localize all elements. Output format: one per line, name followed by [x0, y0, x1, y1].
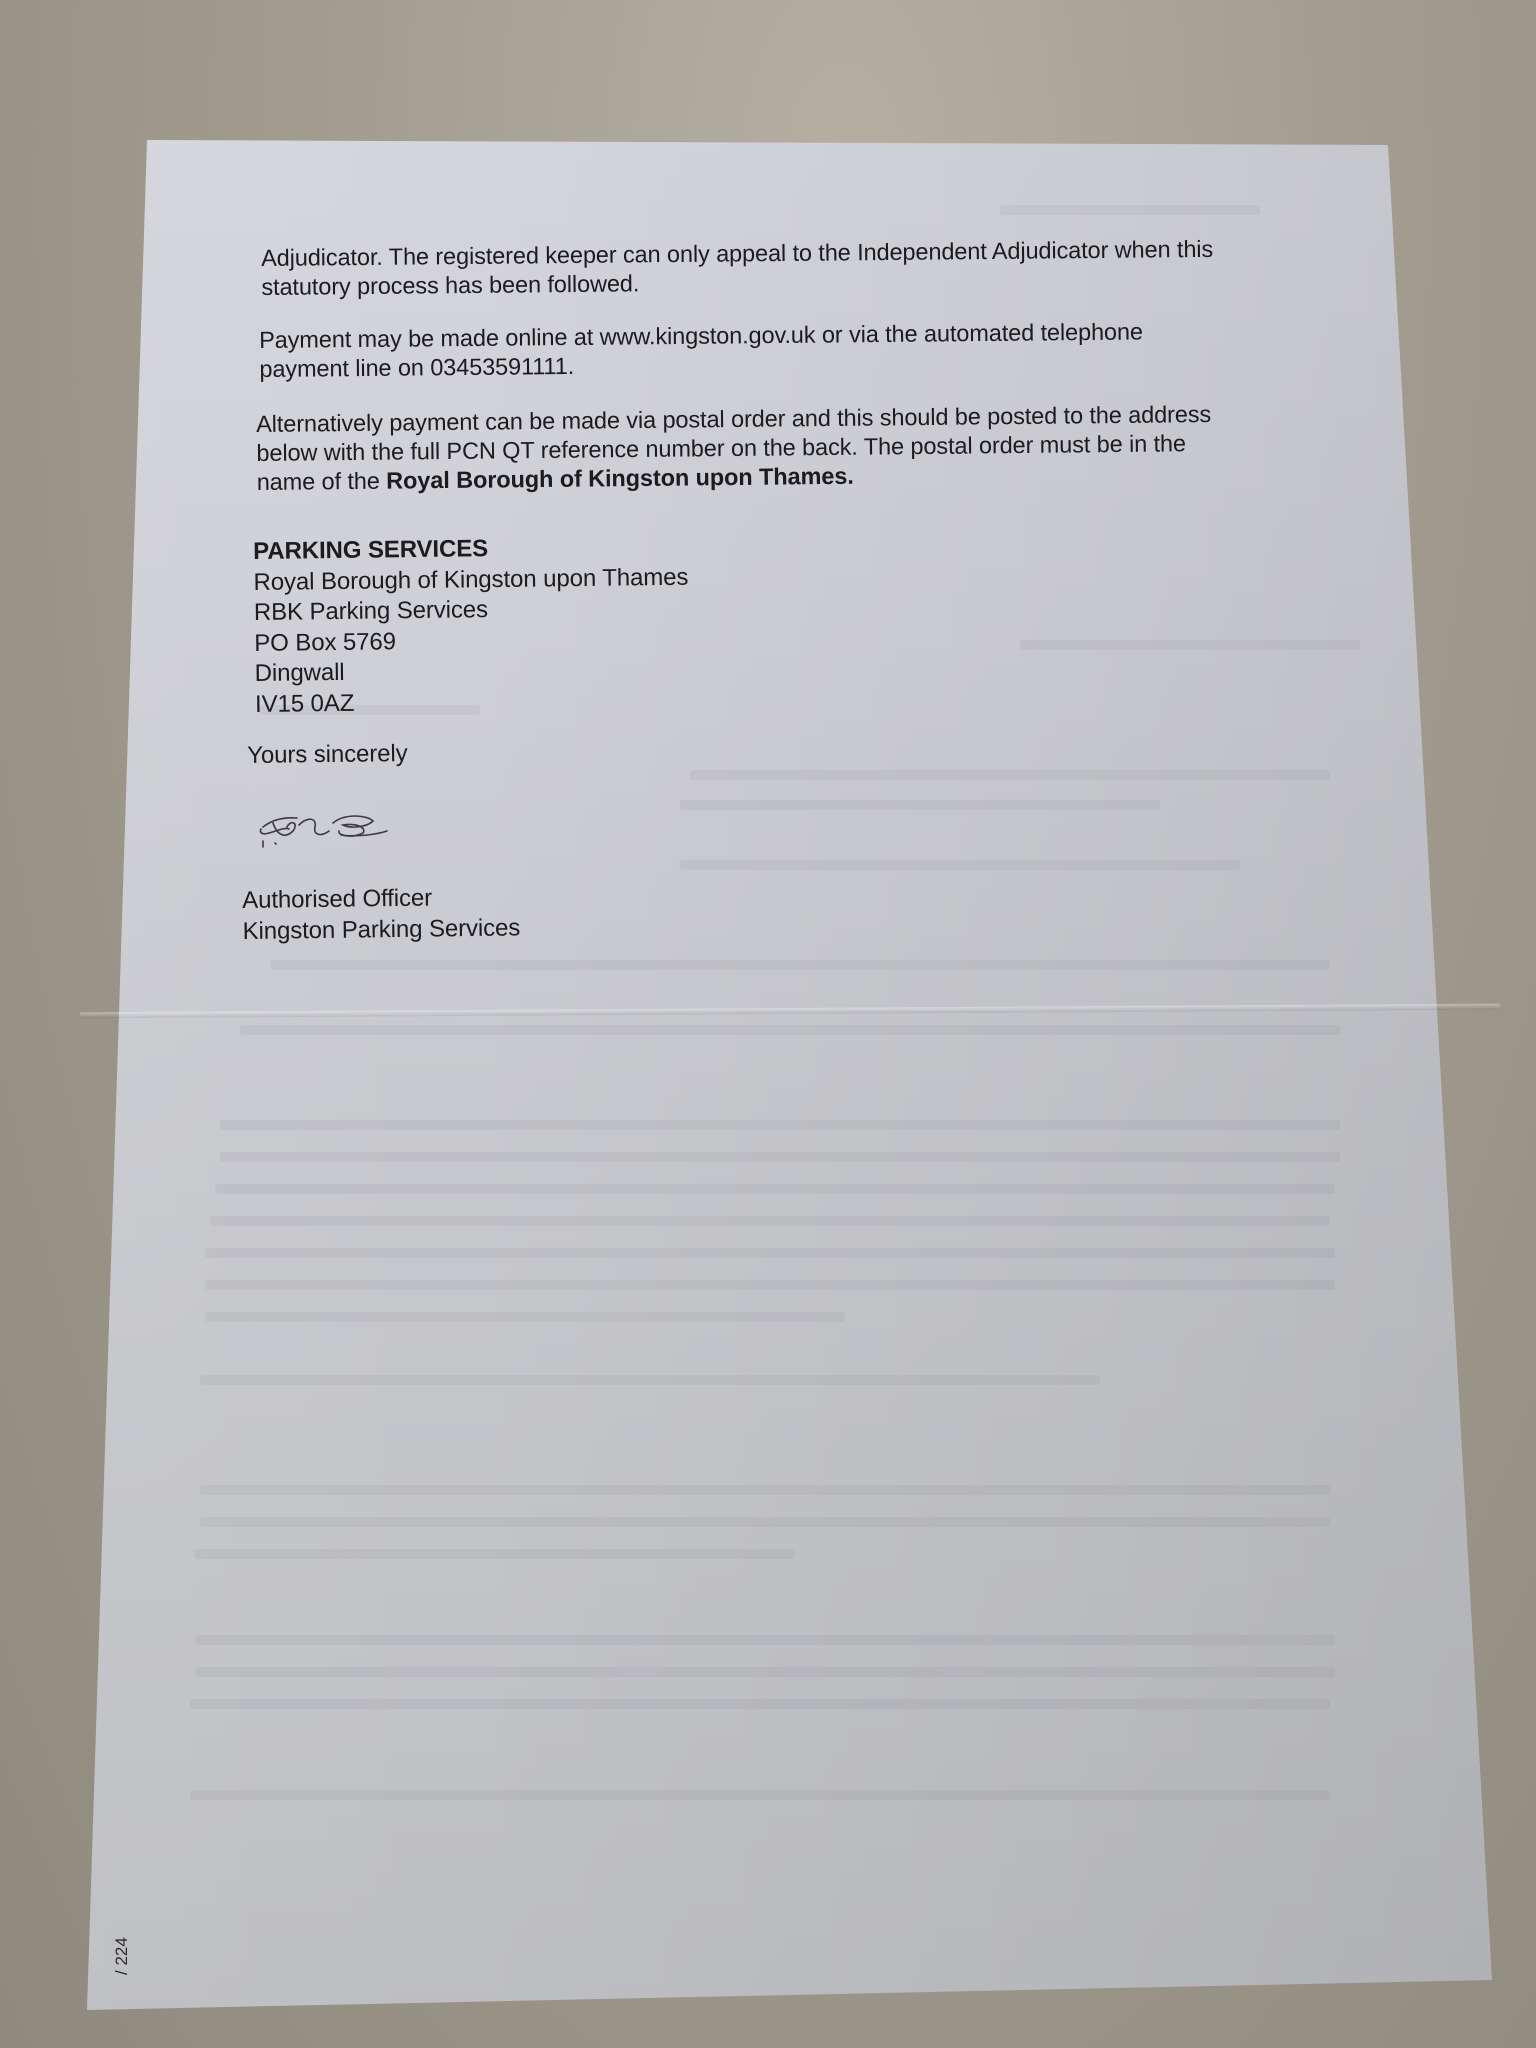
closing-salutation: Yours sincerely: [247, 739, 408, 770]
address-postcode: IV15 0AZ: [255, 684, 690, 720]
paragraph-appeal-process: Adjudicator. The registered keeper can o…: [261, 233, 1362, 302]
letter-page: [0, 0, 1536, 2048]
signatory-department: Kingston Parking Services: [242, 913, 520, 947]
paragraph-postal-order: Alternatively payment can be made via po…: [256, 398, 1357, 497]
page-number: / 224: [112, 1937, 132, 1975]
signoff-block: Authorised Officer Kingston Parking Serv…: [242, 882, 520, 947]
postal-order-prefix: name of the: [257, 468, 387, 495]
payee-name: Royal Borough of Kingston upon Thames.: [386, 463, 854, 494]
handwritten-signature-icon: [255, 805, 405, 855]
postal-address: PARKING SERVICES Royal Borough of Kingst…: [253, 532, 690, 720]
address-line: Royal Borough of Kingston upon Thames: [253, 562, 688, 598]
signatory-title: Authorised Officer: [242, 882, 520, 916]
paragraph-payment-online: Payment may be made online at www.kingst…: [259, 315, 1360, 384]
